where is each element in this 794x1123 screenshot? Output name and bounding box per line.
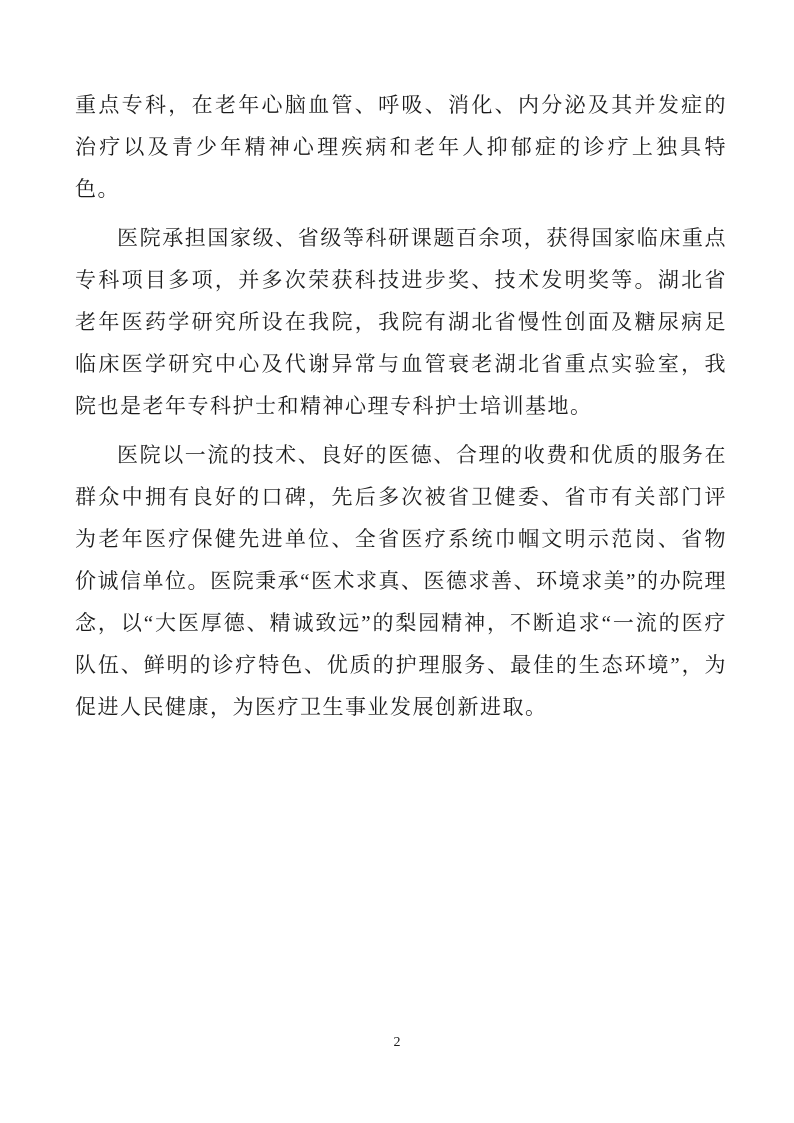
document-page: 重点专科，在老年心脑血管、呼吸、消化、内分泌及其并发症的治疗以及青少年精神心理疾… (0, 0, 794, 1123)
paragraph-reputation-philosophy: 医院以一流的技术、良好的医德、合理的收费和优质的服务在群众中拥有良好的口碑，先后… (75, 434, 727, 728)
document-body-text: 重点专科，在老年心脑血管、呼吸、消化、内分泌及其并发症的治疗以及青少年精神心理疾… (75, 84, 727, 735)
paragraph-research-achievements: 医院承担国家级、省级等科研课题百余项，获得国家临床重点专科项目多项，并多次荣获科… (75, 217, 727, 427)
page-number: 2 (0, 1035, 794, 1051)
paragraph-continuation: 重点专科，在老年心脑血管、呼吸、消化、内分泌及其并发症的治疗以及青少年精神心理疾… (75, 84, 727, 210)
